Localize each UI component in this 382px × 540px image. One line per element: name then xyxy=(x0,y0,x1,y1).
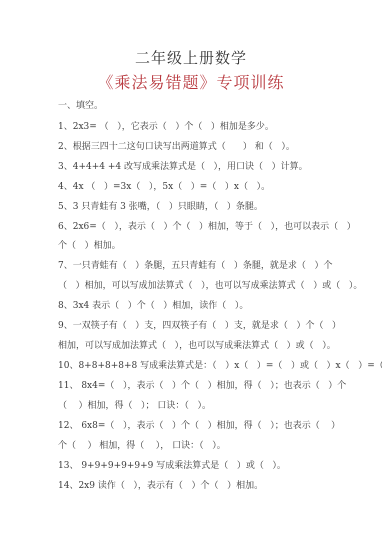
question-line: 10、8+8+8+8+8 写成乘法算式是：（ ）x（ ）=（ ）或（ ）x（ ）… xyxy=(58,360,382,372)
worksheet-subtitle: 《乘法易错题》专项训练 xyxy=(0,73,382,93)
question-line: 14、2x9 读作（ ），表示有（ ）个（ ）相加。 xyxy=(58,480,263,492)
question-line: 13、 9+9+9+9+9+9 写成乘法算式是（ ）或（ ）。 xyxy=(58,460,286,472)
question-line: 6、2x6=（ ），表示（ ）个（ ）相加，等于（ ），也可以表示（ ） xyxy=(58,221,356,233)
question-line: 7、一只青蛙有（ ）条腿，五只青蛙有（ ）条腿，就是求（ ）个 xyxy=(58,260,332,272)
question-line: （ ）相加，可以写成加法算式（ ），也可以写成乘法算式（ ）或（ ）。 xyxy=(58,280,362,292)
question-line: 个（ ） 相加，得（ ）， 口诀：（ ）。 xyxy=(58,440,226,452)
question-line: 9、一双筷子有（ ）支，四双筷子有（ ）支，就是求（ ）个（ ） xyxy=(58,320,341,332)
question-line: 相加，可以写成加法算式（ ），也可以写成乘法算式（ ）或（ ）。 xyxy=(58,340,336,352)
question-line: 3、4+4+4 +4 改写成乘法算式是（ ），用口诀（ ）计算。 xyxy=(58,161,308,173)
question-line: 5、3 只青蛙有 3 张嘴，（ ）只眼睛，（ ）条腿。 xyxy=(58,201,263,213)
question-line: 4、4x （ ）=3x（ ），5x（ ）=（ ）x（ ）。 xyxy=(58,181,270,193)
worksheet-title: 二年级上册数学 xyxy=(0,49,382,67)
question-line: （ ）相加，得（ ）； 口诀：（ ）。 xyxy=(58,400,211,412)
worksheet-page: 二年级上册数学 《乘法易错题》专项训练 一、填空。 1、2x3= （ ），它表示… xyxy=(0,0,382,540)
question-line: 12、 6x8=（ ），表示（ ）个（ ）相加，得（ ）；也表示（ ） xyxy=(58,420,340,432)
question-line: 8、3x4 表示（ ）个（ ）相加，读作（ ）。 xyxy=(58,300,248,312)
question-line: 11、 8x4=（ ），表示（ ）个（ ）相加，得（ ）；也表示（ ）个 xyxy=(58,380,346,392)
question-line: 2、根据三四十二这句口诀写出两道算式（ ） 和（ ）。 xyxy=(58,141,295,153)
section-heading: 一、填空。 xyxy=(58,100,103,112)
question-line: 个（ ）相加。 xyxy=(58,240,121,252)
question-line: 1、2x3= （ ），它表示（ ）个（ ）相加是多少。 xyxy=(58,121,274,133)
